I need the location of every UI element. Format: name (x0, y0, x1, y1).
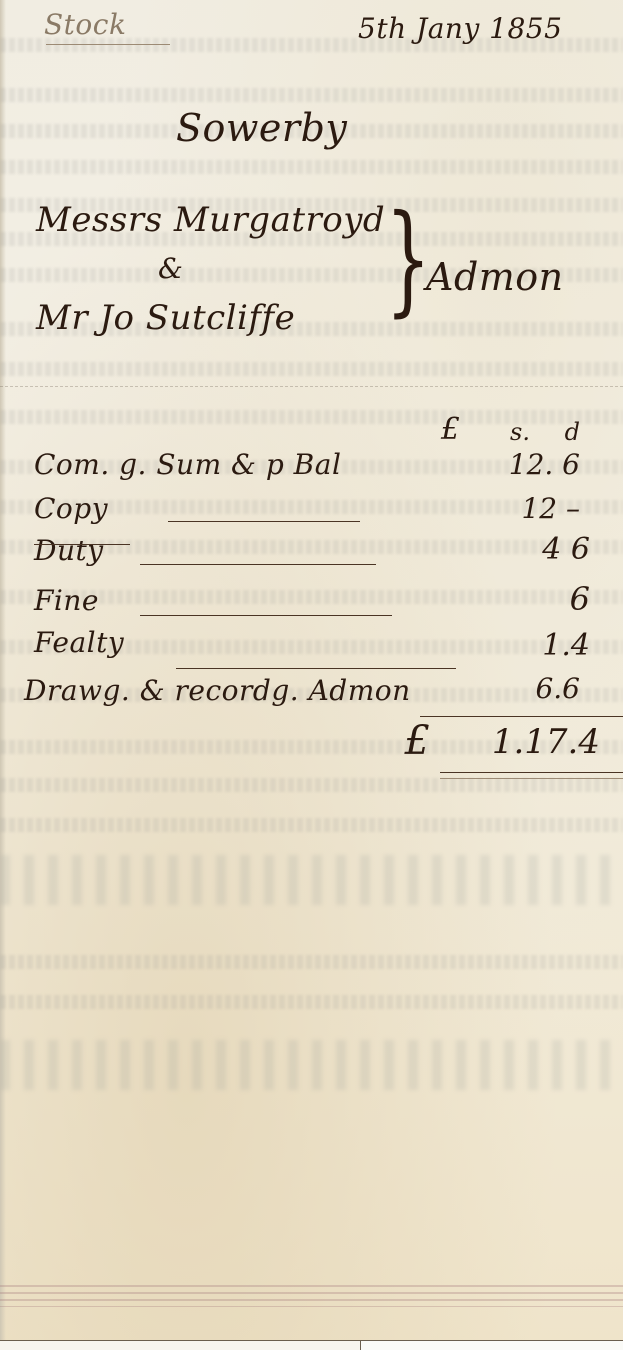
bleed-through-heading (0, 855, 623, 905)
ledger-item-description: Drawg. & recordg. Admon (24, 674, 411, 707)
total-rule-bottom (440, 772, 623, 773)
ledger-item-amount: 12. 6 (450, 448, 580, 481)
bleed-through-line (0, 995, 623, 1009)
total-amount: 1.17.4 (440, 722, 600, 762)
bleed-through-line (0, 818, 623, 832)
party-conjunction: & (158, 252, 183, 285)
leader-line (140, 564, 376, 565)
total-rule-top (420, 716, 623, 717)
fold-line (0, 386, 623, 387)
printed-border-lines (0, 1285, 623, 1307)
leader-line (168, 521, 360, 522)
bracket-brace: } (385, 200, 431, 320)
currency-header-shillings: s. (490, 418, 530, 446)
ledger-item-description: Duty (34, 534, 104, 567)
stock-underline (46, 44, 170, 45)
matter-type: Admon (426, 255, 564, 299)
currency-header-pence: d (540, 418, 580, 446)
ledger-item-amount: 4 6 (450, 532, 590, 567)
document-page: Stock 5th Jany 1855 Sowerby Messrs Murga… (0, 0, 623, 1350)
stock-annotation: Stock (44, 8, 126, 41)
party-first: Messrs Murgatroyd (36, 200, 385, 240)
leader-line (140, 615, 392, 616)
bleed-through-line (0, 362, 623, 376)
place-name: Sowerby (176, 106, 347, 150)
ledger-item-description: Copy (34, 492, 108, 525)
document-date: 5th Jany 1855 (358, 12, 562, 45)
ledger-item-amount: 1.4 (450, 628, 590, 663)
total-currency-symbol: £ (390, 718, 430, 764)
ledger-item-amount: 12 – (450, 492, 580, 525)
leader-line (176, 668, 456, 669)
duty-overline (34, 544, 130, 545)
ledger-item-description: Fine (34, 584, 99, 617)
currency-header-pounds: £ (420, 412, 460, 447)
ledger-item-description: Com. g. Sum & p Bal (34, 448, 341, 481)
bleed-through-heading (0, 1040, 623, 1090)
ledger-item-amount: 6.6 (450, 672, 580, 705)
ledger-item-description: Fealty (34, 626, 124, 659)
bleed-through-line (0, 160, 623, 174)
total-rule-double (440, 778, 623, 779)
party-second: Mr Jo Sutcliffe (36, 298, 295, 338)
ledger-item-amount: 6 (450, 580, 590, 618)
bleed-through-line (0, 778, 623, 792)
page-bottom-tab (360, 1340, 623, 1350)
bleed-through-line (0, 88, 623, 102)
bleed-through-line (0, 955, 623, 969)
